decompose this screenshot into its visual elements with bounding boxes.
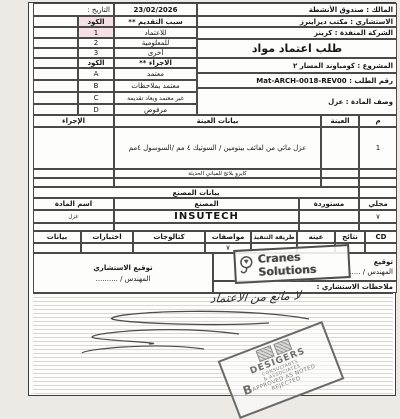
submit-code-1: 1 xyxy=(78,27,114,38)
mfr-empty-cell xyxy=(33,223,114,231)
contractor-engineer-line: المهندس / ...... xyxy=(347,268,393,276)
mfr-header-material: اسم المادة xyxy=(33,198,114,210)
items-header-sample-data: بيانات العينة xyxy=(114,115,321,127)
item-description: عزل مائي من لفائف بيتومين / السوتيك ٤ مم… xyxy=(114,127,321,169)
item-sub-cell xyxy=(359,169,397,178)
item-sub-cell xyxy=(33,169,114,178)
submit-code-3: 3 xyxy=(78,48,114,58)
consultant-signature-box: توقيع الاستشاري المهندس / .......... xyxy=(33,253,213,293)
action-header: الاجراء ** xyxy=(114,58,197,68)
submit-tick-cell xyxy=(33,48,78,58)
consultant-signature-label: توقيع الاستشاري xyxy=(93,264,152,272)
consultant-line: الاستشاري : مكتب ديزاينرز xyxy=(197,16,397,27)
manufacturer-spacer-cell xyxy=(359,187,397,198)
item-supplier-note: كايرو بلاتج للمباني الحديثة xyxy=(114,169,321,178)
cranes-solutions-stamp: Cranes Solutions xyxy=(233,244,351,284)
attach-cell xyxy=(133,243,205,253)
mfr-header-factory: المصنع xyxy=(114,198,299,210)
attach-header-method: طريقة التنفيذ xyxy=(251,231,297,243)
submit-option-other: أخرى xyxy=(114,48,197,58)
items-header-action: الإجراء xyxy=(33,115,114,127)
mfr-material-value: عزل xyxy=(33,210,114,223)
attach-header-data: بيانات xyxy=(33,231,81,243)
action-code-D: D xyxy=(78,104,114,115)
action-option-approved-notes: معتمد بملاحظات xyxy=(114,80,197,92)
item-sub-cell xyxy=(114,178,321,187)
item-sub-cell xyxy=(359,178,397,187)
mfr-local-check: ٧ xyxy=(359,210,397,223)
item-action-cell xyxy=(33,127,114,169)
mfr-factory-value: INSUTECH xyxy=(114,210,299,223)
action-option-rejected: مرفوض xyxy=(114,104,197,115)
crane-hook-icon xyxy=(238,253,254,280)
items-header-sample: العينة xyxy=(321,115,359,127)
action-option-approved: معتمد xyxy=(114,68,197,80)
form-title: طلب اعتماد مواد xyxy=(197,39,397,58)
item-sub-cell xyxy=(33,178,114,187)
item-sub-cell xyxy=(321,169,359,178)
request-no-label: رقم الطلب : xyxy=(349,77,393,85)
attach-header-results: نتائج xyxy=(335,231,365,243)
manufacturer-section-title: بيانات المصنع xyxy=(33,187,359,198)
contractor-line: الشركة المنفذة : كرينز xyxy=(197,27,397,39)
action-tick-cell xyxy=(33,92,78,104)
attach-header-specs: مواصفات xyxy=(205,231,251,243)
items-header-no: م xyxy=(359,115,397,127)
submit-reason-header: سبب التقديم ** xyxy=(114,16,197,27)
attach-cell xyxy=(81,243,133,253)
mfr-empty-cell xyxy=(114,223,299,231)
submit-option-approval: للاعتماد xyxy=(114,27,197,38)
material-approval-form: التاريخ : 23/02/2026 المالك : صندوق الأن… xyxy=(28,2,396,396)
submit-tick-cell xyxy=(33,27,78,38)
mfr-header-local: محلي xyxy=(359,198,397,210)
project-line: المشروع : كومباوند المسار ٢ xyxy=(197,58,397,73)
item-sub-cell xyxy=(321,178,359,187)
action-tick-cell xyxy=(33,104,78,115)
action-tick-cell xyxy=(33,58,78,68)
item-no: 1 xyxy=(359,127,397,169)
date-value: 23/02/2026 xyxy=(114,3,197,16)
submit-tick-cell xyxy=(33,38,78,48)
action-code-C: C xyxy=(78,92,114,104)
consultant-engineer-line: المهندس / .......... xyxy=(96,275,151,283)
date-label: التاريخ : xyxy=(33,3,114,16)
mfr-header-imported: مستوردة xyxy=(299,198,359,210)
request-no-line: رقم الطلب : Mat-ARCH-0018-REV00 xyxy=(197,73,397,88)
item-sample-cell xyxy=(321,127,359,169)
mfr-empty-cell xyxy=(359,223,397,231)
attach-cell xyxy=(365,243,397,253)
attach-header-sample: عينه xyxy=(297,231,335,243)
submit-option-info: للمعلومية xyxy=(114,38,197,48)
action-code-B: B xyxy=(78,80,114,92)
action-code-A: A xyxy=(78,68,114,80)
owner-line: المالك : صندوق الأنشطة xyxy=(197,3,397,16)
contractor-signature-label: توقيع xyxy=(374,258,393,266)
attach-header-tests: اختبارات xyxy=(81,231,133,243)
action-tick-cell xyxy=(33,80,78,92)
mfr-imported-cell xyxy=(299,210,359,223)
cranes-stamp-text: Cranes Solutions xyxy=(257,248,345,279)
action-option-resubmit: غير معتمد ويعاد تقديمة xyxy=(114,92,197,104)
submit-code-2: 2 xyxy=(78,38,114,48)
submit-code-header: الكود xyxy=(78,16,114,27)
submit-tick-cell xyxy=(33,16,78,27)
action-code-header: الكود xyxy=(78,58,114,68)
material-desc-line: وصف المادة : عزل xyxy=(197,88,397,115)
attach-header-cd: CD xyxy=(365,231,397,243)
request-no-value: Mat-ARCH-0018-REV00 xyxy=(256,77,346,85)
mfr-empty-cell xyxy=(299,223,359,231)
attach-header-catalogs: كتالوجات xyxy=(133,231,205,243)
action-tick-cell xyxy=(33,68,78,80)
attach-cell xyxy=(33,243,81,253)
